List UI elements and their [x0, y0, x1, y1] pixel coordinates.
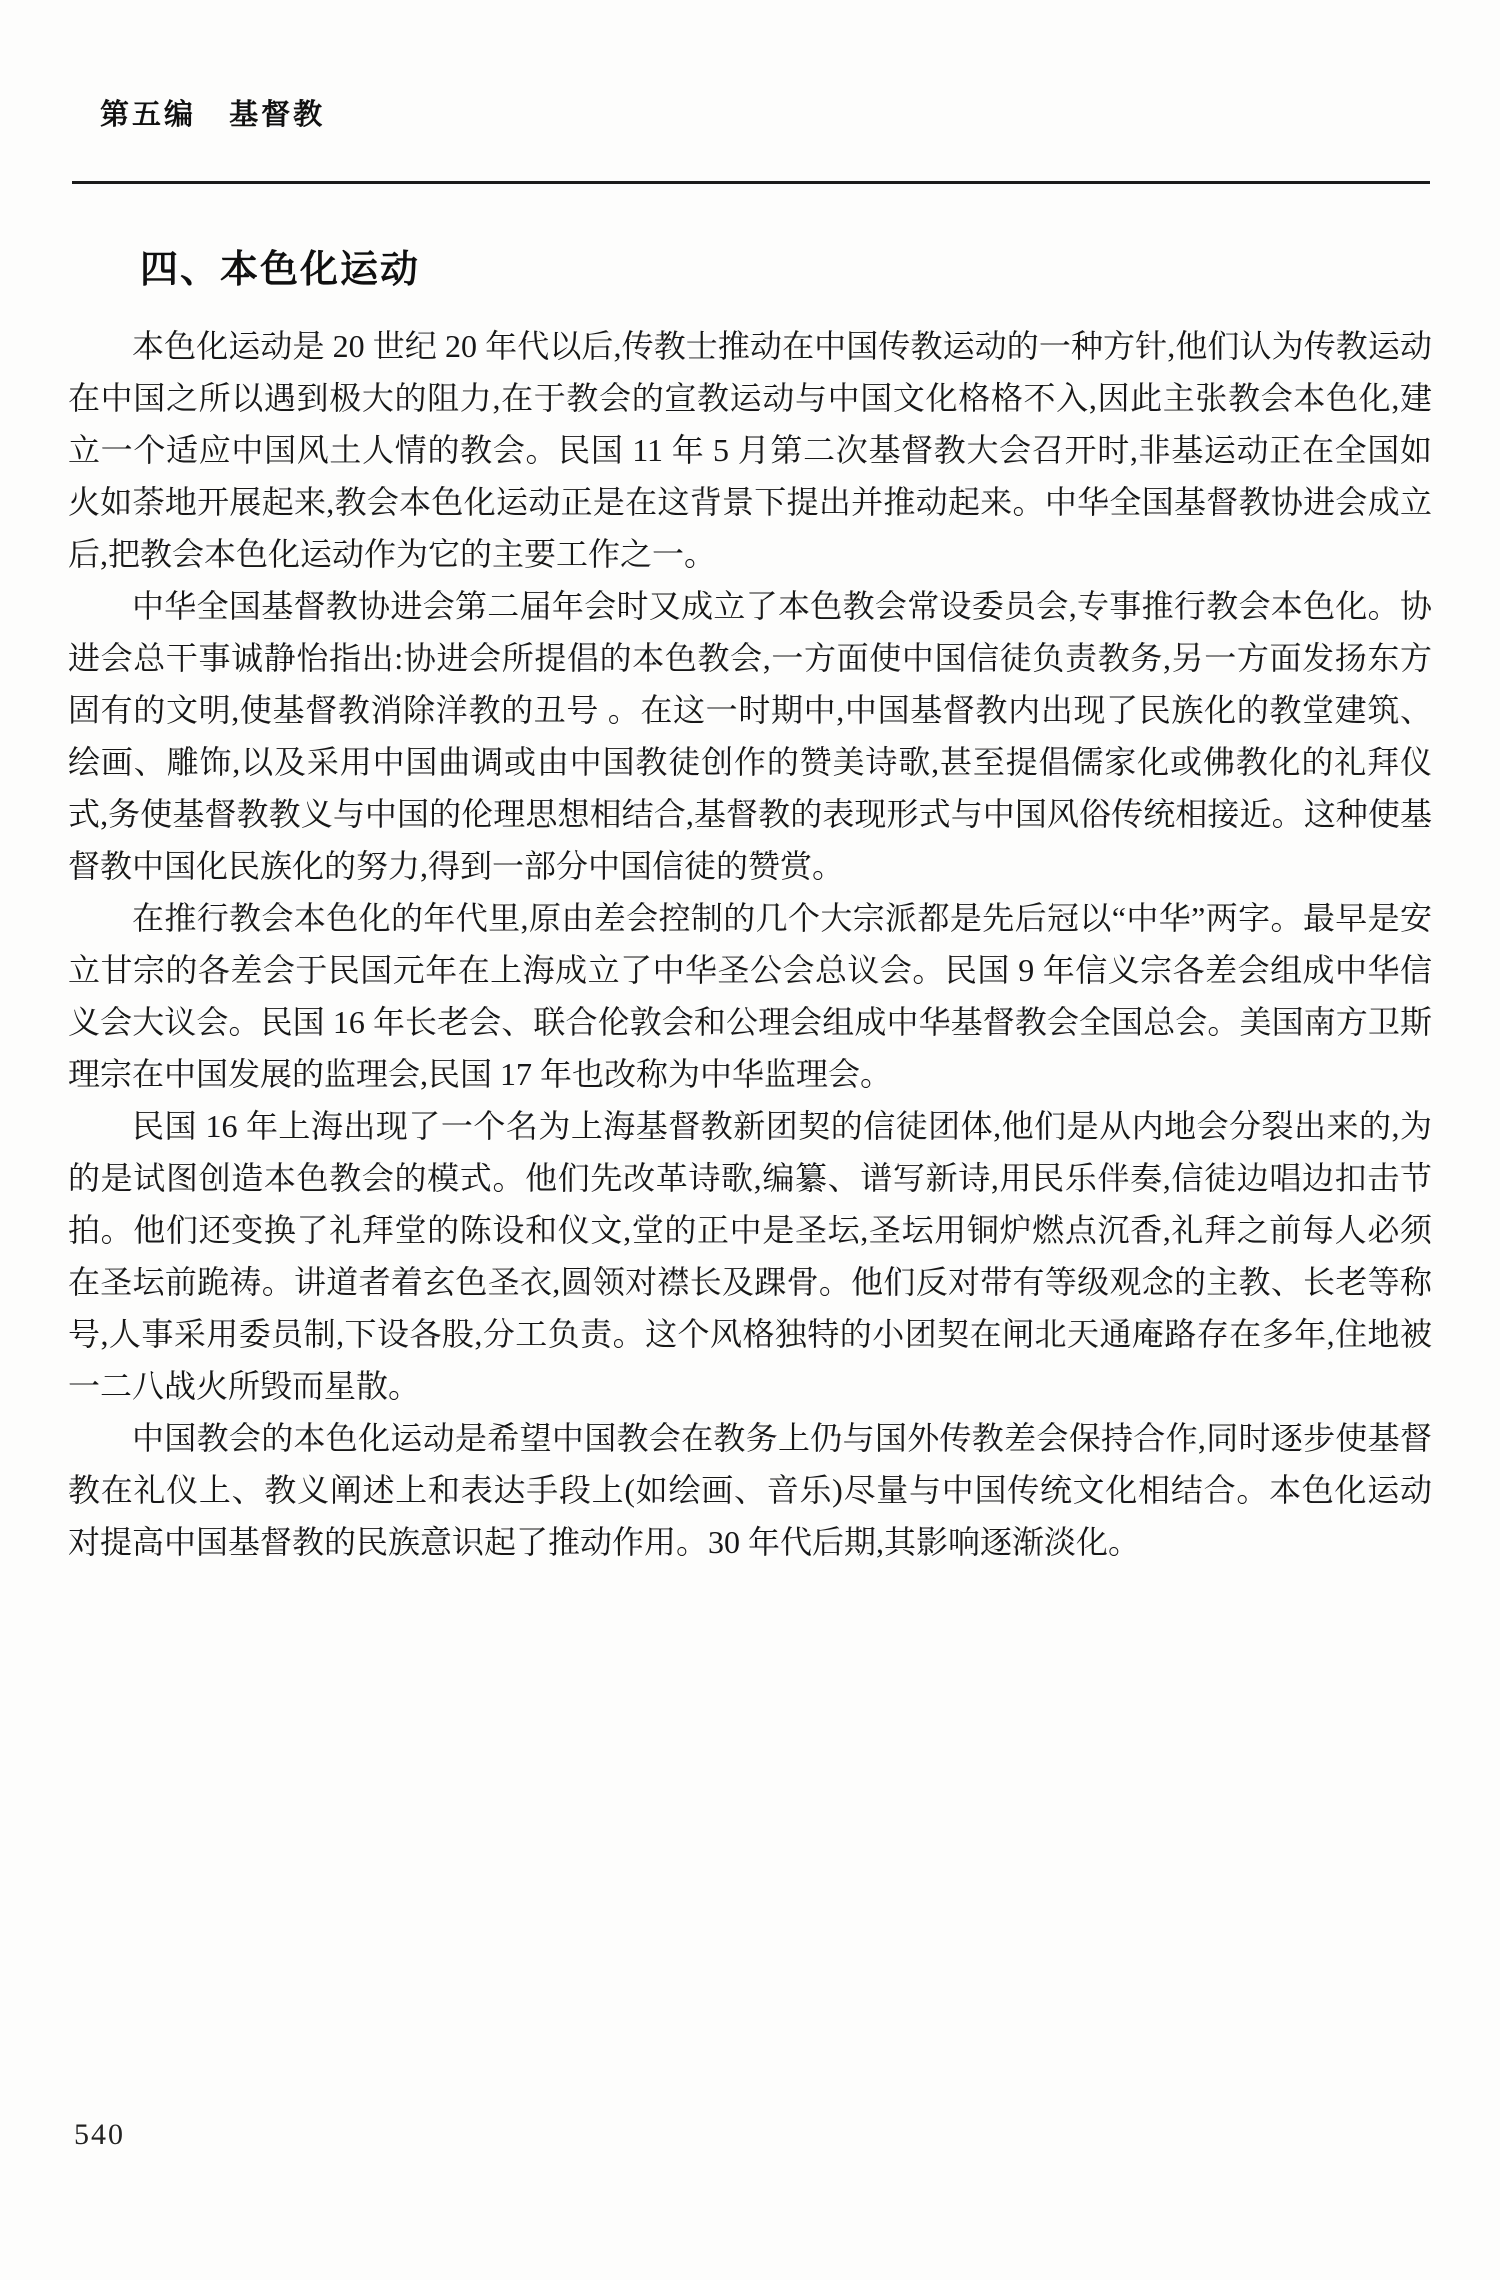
- paragraph-4: 民国 16 年上海出现了一个名为上海基督教新团契的信徒团体,他们是从内地会分裂出…: [68, 1100, 1432, 1412]
- section-title: 四、本色化运动: [140, 238, 420, 293]
- page-number: 540: [74, 2118, 125, 2152]
- paragraph-5: 中国教会的本色化运动是希望中国教会在教务上仍与国外传教差会保持合作,同时逐步使基…: [68, 1412, 1432, 1568]
- running-header-part-label: 第五编: [100, 99, 196, 131]
- paragraph-2: 中华全国基督教协进会第二届年会时又成立了本色教会常设委员会,专事推行教会本色化。…: [68, 580, 1432, 892]
- running-header: 第五编 基督教: [100, 92, 325, 133]
- paragraph-3: 在推行教会本色化的年代里,原由差会控制的几个大宗派都是先后冠以“中华”两字。最早…: [68, 892, 1432, 1100]
- book-page: 第五编 基督教 四、本色化运动 本色化运动是 20 世纪 20 年代以后,传教士…: [0, 0, 1500, 2280]
- running-header-part-title: 基督教: [229, 99, 325, 131]
- body-text: 本色化运动是 20 世纪 20 年代以后,传教士推动在中国传教运动的一种方针,他…: [68, 320, 1432, 1568]
- header-rule: [72, 181, 1430, 184]
- paragraph-1: 本色化运动是 20 世纪 20 年代以后,传教士推动在中国传教运动的一种方针,他…: [68, 320, 1432, 580]
